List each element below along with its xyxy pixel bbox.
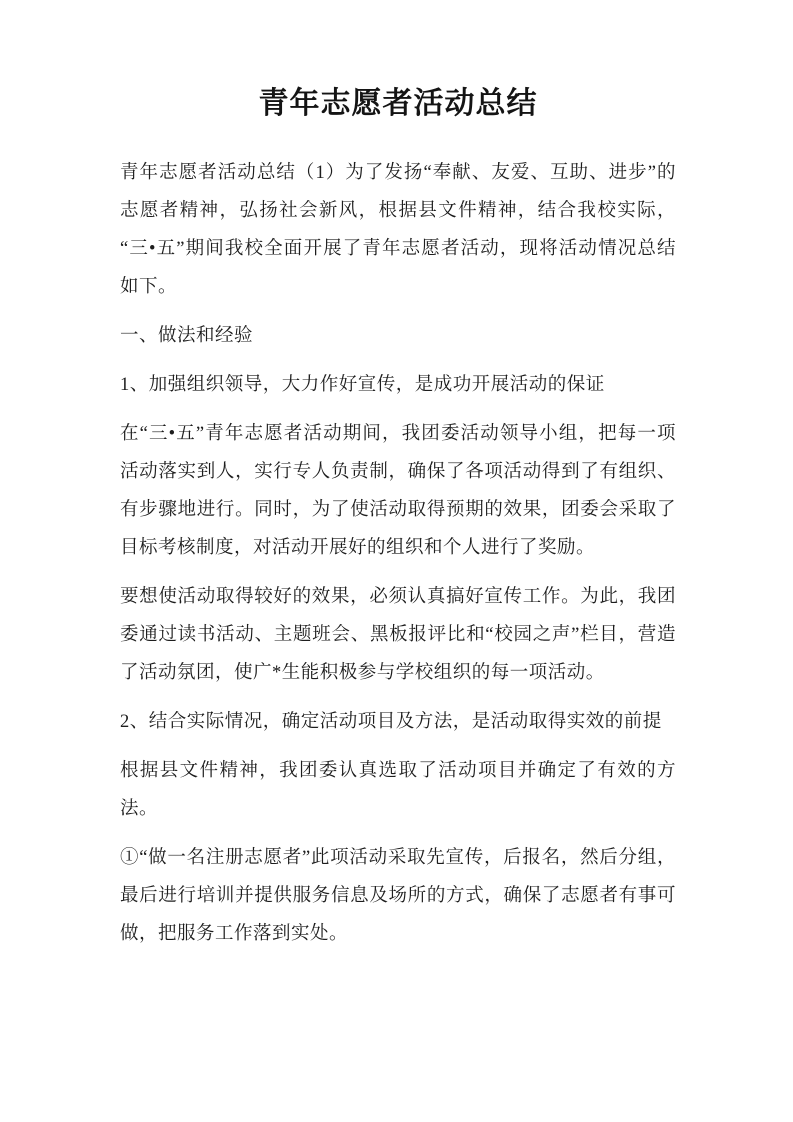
paragraph-body-2: 要想使活动取得较好的效果，必须认真搞好宣传工作。为此，我团委通过读书活动、主题班… [120,578,676,692]
subsection-heading-2: 2、结合实际情况，确定活动项目及方法，是活动取得实效的前提 [120,703,676,741]
section-heading-1: 一、做法和经验 [120,317,676,355]
paragraph-body-3: 根据县文件精神，我团委认真选取了活动项目并确定了有效的方法。 [120,752,676,828]
paragraph-intro: 青年志愿者活动总结（1）为了发扬“奉献、友爱、互助、进步”的志愿者精神，弘扬社会… [120,154,676,306]
document-page: 青年志愿者活动总结 青年志愿者活动总结（1）为了发扬“奉献、友爱、互助、进步”的… [0,0,793,1122]
page-title: 青年志愿者活动总结 [120,82,676,126]
paragraph-body-4: ①“做一名注册志愿者”此项活动采取先宣传，后报名，然后分组，最后进行培训并提供服… [120,839,676,953]
subsection-heading-1: 1、加强组织领导，大力作好宣传，是成功开展活动的保证 [120,366,676,404]
paragraph-body-1: 在“三•五”青年志愿者活动期间，我团委活动领导小组，把每一项活动落实到人，实行专… [120,415,676,567]
